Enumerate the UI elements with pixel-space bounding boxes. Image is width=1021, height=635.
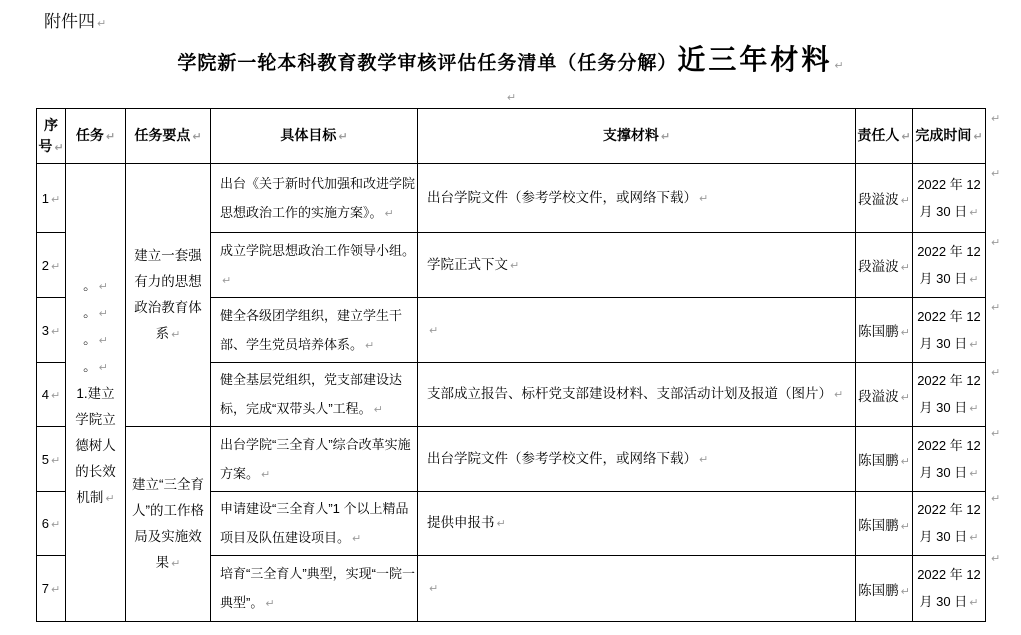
task-point-text: 建立一套强有力的思想政治教育体系 bbox=[134, 248, 202, 341]
owner-cell: 段溢波↵ bbox=[856, 363, 913, 427]
task-circle: 。 bbox=[83, 359, 97, 374]
paragraph-mark-icon: ↵ bbox=[220, 274, 231, 287]
owner-text: 陈国鹏 bbox=[858, 324, 899, 339]
header-deadline-text: 完成时间 bbox=[915, 127, 971, 143]
row-end-mark-icon: ↵ bbox=[989, 427, 1000, 440]
goal-text: 成立学院思想政治工作领导小组。 bbox=[220, 243, 415, 258]
owner-text: 段溢波 bbox=[858, 192, 899, 207]
row-end-mark-icon: ↵ bbox=[989, 552, 1000, 565]
task-point-cell-2: 建立“三全育人”的工作格局及实施效果↵ bbox=[126, 427, 211, 622]
paragraph-mark-icon: ↵ bbox=[971, 130, 982, 143]
goal-cell: 申请建设“三全育人”1 个以上精品项目及队伍建设项目。↵ bbox=[211, 492, 418, 556]
paragraph-mark-icon: ↵ bbox=[659, 130, 670, 143]
row-number-text: 7 bbox=[42, 581, 49, 596]
owner-cell: 陈国鹏↵ bbox=[856, 427, 913, 492]
task-point-text: 建立“三全育人”的工作格局及实施效果 bbox=[132, 477, 204, 570]
paragraph-mark-icon: ↵ bbox=[967, 531, 978, 544]
owner-text: 段溢波 bbox=[858, 389, 899, 404]
row-end-mark-icon: ↵ bbox=[989, 112, 1000, 125]
goal-text: 培育“三全育人”典型，实现“一院一典型”。 bbox=[220, 566, 415, 610]
paragraph-mark-icon: ↵ bbox=[169, 328, 180, 341]
header-owner-text: 责任人 bbox=[857, 127, 899, 143]
owner-cell: 陈国鹏↵ bbox=[856, 556, 913, 622]
paragraph-mark-icon: ↵ bbox=[190, 130, 201, 143]
material-text: 提供申报书 bbox=[427, 515, 495, 530]
header-owner: 责任人↵ bbox=[856, 109, 913, 164]
material-cell: ↵ bbox=[418, 556, 856, 622]
row-number: 1↵ bbox=[37, 164, 66, 233]
row-number: 2↵ bbox=[37, 233, 66, 298]
deadline-cell: 2022 年 12 月 30 日↵ bbox=[913, 164, 986, 233]
paragraph-mark-icon: ↵ bbox=[697, 453, 708, 466]
task-circle-line: 。↵ bbox=[74, 354, 117, 381]
owner-cell: 段溢波↵ bbox=[856, 164, 913, 233]
owner-text: 陈国鹏 bbox=[858, 453, 899, 468]
goal-cell: 出台学院“三全育人”综合改革实施方案。↵ bbox=[211, 427, 418, 492]
paragraph-mark-icon: ↵ bbox=[899, 391, 910, 404]
task-circle: 。 bbox=[83, 332, 97, 347]
paragraph-mark-icon: ↵ bbox=[49, 193, 60, 206]
row-number-text: 5 bbox=[42, 452, 49, 467]
paragraph-mark-icon: ↵ bbox=[97, 361, 108, 374]
row-end-mark-icon: ↵ bbox=[989, 301, 1000, 314]
row-number: 4↵ bbox=[37, 363, 66, 427]
material-text: 出台学院文件（参考学校文件，或网络下载） bbox=[427, 190, 697, 205]
deadline-cell: 2022 年 12 月 30 日↵ bbox=[913, 427, 986, 492]
task-text: 1.建立学院立德树人的长效机制 bbox=[75, 386, 116, 505]
attachment-label-text: 附件四 bbox=[44, 12, 95, 31]
paragraph-mark-icon: ↵ bbox=[49, 260, 60, 273]
document-title: 学院新一轮本科教育教学审核评估任务清单（任务分解）近三年材料↵ bbox=[0, 38, 1021, 78]
material-cell: 支部成立报告、标杆党支部建设材料、支部活动计划及报道（图片）↵ bbox=[418, 363, 856, 427]
header-task-text: 任务 bbox=[76, 127, 104, 143]
deadline-cell: 2022 年 12 月 30 日↵ bbox=[913, 363, 986, 427]
header-no: 序号↵ bbox=[37, 109, 66, 164]
header-deadline: 完成时间↵ bbox=[913, 109, 986, 164]
row-number-text: 1 bbox=[42, 191, 49, 206]
paragraph-mark-icon: ↵ bbox=[52, 141, 63, 154]
deadline-cell: 2022 年 12 月 30 日↵ bbox=[913, 233, 986, 298]
row-end-mark-icon: ↵ bbox=[989, 167, 1000, 180]
paragraph-mark-icon: ↵ bbox=[49, 325, 60, 338]
attachment-label: 附件四↵ bbox=[44, 7, 106, 32]
goal-cell: 出台《关于新时代加强和改进学院思想政治工作的实施方案》。↵ bbox=[211, 164, 418, 233]
paragraph-mark-icon: ↵ bbox=[899, 130, 910, 143]
paragraph-mark-icon: ↵ bbox=[259, 468, 270, 481]
goal-text: 申请建设“三全育人”1 个以上精品项目及队伍建设项目。 bbox=[220, 501, 409, 545]
paragraph-mark-icon: ↵ bbox=[899, 455, 910, 468]
paragraph-mark-icon: ↵ bbox=[427, 582, 438, 595]
header-goal: 具体目标↵ bbox=[211, 109, 418, 164]
paragraph-mark-icon: ↵ bbox=[899, 326, 910, 339]
row-number-text: 3 bbox=[42, 323, 49, 338]
paragraph-mark-icon: ↵ bbox=[363, 339, 374, 352]
owner-cell: 陈国鹏↵ bbox=[856, 492, 913, 556]
row-number: 5↵ bbox=[37, 427, 66, 492]
table-row-1: 1↵ 。↵ 。↵ 。↵ 。↵ 1.建立学院立德树人的长效机制↵ 建立一套强有力的… bbox=[37, 164, 986, 233]
paragraph-mark-icon: ↵ bbox=[97, 307, 108, 320]
paragraph-mark-icon: ↵ bbox=[97, 280, 108, 293]
row-number: 6↵ bbox=[37, 492, 66, 556]
paragraph-mark-icon: ↵ bbox=[899, 261, 910, 274]
paragraph-mark-icon: ↵ bbox=[49, 518, 60, 531]
paragraph-mark-icon: ↵ bbox=[336, 130, 347, 143]
material-text: 学院正式下文 bbox=[427, 257, 508, 272]
goal-text: 健全各级团学组织，建立学生干部、学生党员培养体系。 bbox=[220, 308, 402, 352]
task-circle: 。 bbox=[83, 278, 97, 293]
paragraph-mark-icon: ↵ bbox=[899, 585, 910, 598]
paragraph-mark-icon: ↵ bbox=[832, 388, 843, 401]
goal-cell: 成立学院思想政治工作领导小组。↵ bbox=[211, 233, 418, 298]
paragraph-mark-icon: ↵ bbox=[263, 597, 274, 610]
row-number-text: 4 bbox=[42, 387, 49, 402]
task-circle-line: 。↵ bbox=[74, 273, 117, 300]
paragraph-mark-icon: ↵ bbox=[899, 194, 910, 207]
task-circle: 。 bbox=[83, 305, 97, 320]
task-circle-line: 。↵ bbox=[74, 300, 117, 327]
paragraph-mark-icon: ↵ bbox=[832, 59, 843, 72]
paragraph-mark-icon: ↵ bbox=[49, 583, 60, 596]
task-cell: 。↵ 。↵ 。↵ 。↵ 1.建立学院立德树人的长效机制↵ bbox=[66, 164, 126, 622]
paragraph-mark-icon: ↵ bbox=[967, 467, 978, 480]
task-point-cell-1: 建立一套强有力的思想政治教育体系↵ bbox=[126, 164, 211, 427]
paragraph-mark-icon: ↵ bbox=[427, 324, 438, 337]
material-cell: ↵ bbox=[418, 298, 856, 363]
deadline-cell: 2022 年 12 月 30 日↵ bbox=[913, 492, 986, 556]
empty-paragraph: ↵ bbox=[0, 88, 1021, 106]
paragraph-mark-icon: ↵ bbox=[967, 596, 978, 609]
paragraph-mark-icon: ↵ bbox=[967, 206, 978, 219]
header-task-points: 任务要点↵ bbox=[126, 109, 211, 164]
row-number: 3↵ bbox=[37, 298, 66, 363]
word-document-page: { "page": { "attachment_label": "附件四", "… bbox=[0, 0, 1021, 635]
row-end-mark-icon: ↵ bbox=[989, 366, 1000, 379]
material-text: 出台学院文件（参考学校文件，或网络下载） bbox=[427, 451, 697, 466]
paragraph-mark-icon: ↵ bbox=[967, 273, 978, 286]
paragraph-mark-icon: ↵ bbox=[97, 334, 108, 347]
paragraph-mark-icon: ↵ bbox=[967, 402, 978, 415]
header-task-points-text: 任务要点 bbox=[134, 127, 190, 143]
paragraph-mark-icon: ↵ bbox=[169, 557, 180, 570]
paragraph-mark-icon: ↵ bbox=[49, 454, 60, 467]
goal-cell: 培育“三全育人”典型，实现“一院一典型”。↵ bbox=[211, 556, 418, 622]
header-goal-text: 具体目标 bbox=[280, 127, 336, 143]
owner-cell: 段溢波↵ bbox=[856, 233, 913, 298]
goal-text: 出台学院“三全育人”综合改革实施方案。 bbox=[220, 437, 411, 481]
header-material-text: 支撑材料 bbox=[603, 127, 659, 143]
owner-cell: 陈国鹏↵ bbox=[856, 298, 913, 363]
paragraph-mark-icon: ↵ bbox=[103, 492, 114, 505]
paragraph-mark-icon: ↵ bbox=[505, 91, 516, 104]
material-cell: 提供申报书↵ bbox=[418, 492, 856, 556]
paragraph-mark-icon: ↵ bbox=[899, 520, 910, 533]
material-cell: 出台学院文件（参考学校文件，或网络下载）↵ bbox=[418, 427, 856, 492]
header-material: 支撑材料↵ bbox=[418, 109, 856, 164]
paragraph-mark-icon: ↵ bbox=[967, 338, 978, 351]
paragraph-mark-icon: ↵ bbox=[350, 532, 361, 545]
owner-text: 陈国鹏 bbox=[858, 518, 899, 533]
paragraph-mark-icon: ↵ bbox=[508, 259, 519, 272]
owner-text: 段溢波 bbox=[858, 259, 899, 274]
material-cell: 出台学院文件（参考学校文件，或网络下载）↵ bbox=[418, 164, 856, 233]
deadline-cell: 2022 年 12 月 30 日↵ bbox=[913, 556, 986, 622]
task-table: 序号↵ 任务↵ 任务要点↵ 具体目标↵ 支撑材料↵ 责任人↵ 完成时间↵ 1↵ … bbox=[36, 108, 986, 622]
row-number: 7↵ bbox=[37, 556, 66, 622]
paragraph-mark-icon: ↵ bbox=[383, 207, 394, 220]
paragraph-mark-icon: ↵ bbox=[104, 130, 115, 143]
row-end-mark-icon: ↵ bbox=[989, 492, 1000, 505]
paragraph-mark-icon: ↵ bbox=[49, 389, 60, 402]
paragraph-mark-icon: ↵ bbox=[697, 192, 708, 205]
document-title-suffix: 近三年材料 bbox=[677, 45, 832, 76]
table-header-row: 序号↵ 任务↵ 任务要点↵ 具体目标↵ 支撑材料↵ 责任人↵ 完成时间↵ bbox=[37, 109, 986, 164]
goal-cell: 健全基层党组织，党支部建设达标，完成“双带头人”工程。↵ bbox=[211, 363, 418, 427]
material-text: 支部成立报告、标杆党支部建设材料、支部活动计划及报道（图片） bbox=[427, 386, 832, 401]
task-text-line: 1.建立学院立德树人的长效机制↵ bbox=[74, 381, 117, 512]
task-circle-line: 。↵ bbox=[74, 327, 117, 354]
paragraph-mark-icon: ↵ bbox=[95, 17, 106, 30]
row-number-text: 6 bbox=[42, 516, 49, 531]
header-task: 任务↵ bbox=[66, 109, 126, 164]
owner-text: 陈国鹏 bbox=[858, 583, 899, 598]
table-row-5: 5↵ 建立“三全育人”的工作格局及实施效果↵ 出台学院“三全育人”综合改革实施方… bbox=[37, 427, 986, 492]
row-number-text: 2 bbox=[42, 258, 49, 273]
document-title-main: 学院新一轮本科教育教学审核评估任务清单（任务分解） bbox=[177, 53, 677, 74]
deadline-cell: 2022 年 12 月 30 日↵ bbox=[913, 298, 986, 363]
paragraph-mark-icon: ↵ bbox=[372, 403, 383, 416]
paragraph-mark-icon: ↵ bbox=[495, 517, 506, 530]
material-cell: 学院正式下文↵ bbox=[418, 233, 856, 298]
row-end-mark-icon: ↵ bbox=[989, 236, 1000, 249]
goal-cell: 健全各级团学组织，建立学生干部、学生党员培养体系。↵ bbox=[211, 298, 418, 363]
